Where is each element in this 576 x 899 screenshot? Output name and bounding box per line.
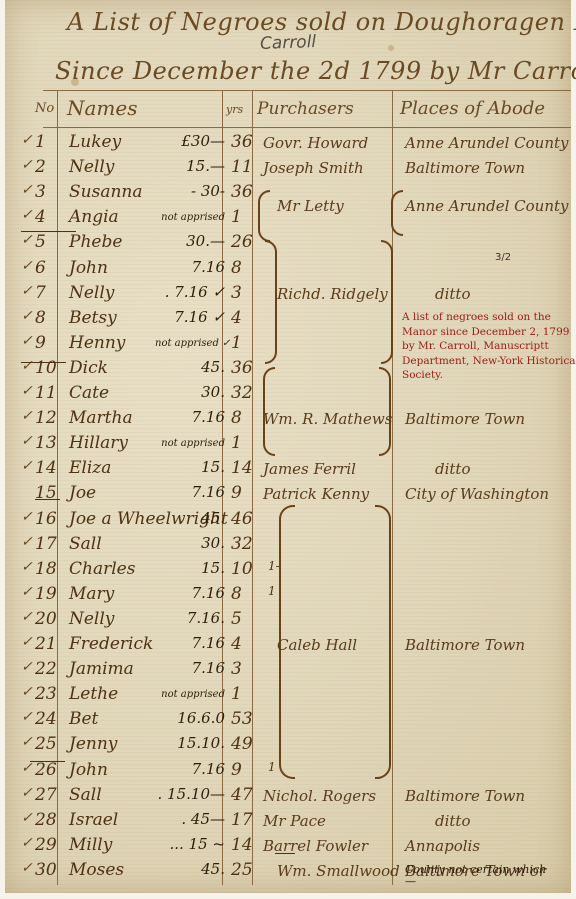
margin-mark: 1 xyxy=(268,760,276,774)
place-of-abode: Annapolis xyxy=(405,837,480,855)
ink-stain xyxy=(388,45,394,51)
table-row: ✓13Hillarynot apprised1 xyxy=(5,433,571,458)
price: 7.16 xyxy=(155,483,225,501)
age-years: 14 xyxy=(231,835,253,855)
title-line-1: A List of Negroes sold on Doughoragen Ma… xyxy=(67,8,576,36)
row-number: 18 xyxy=(35,559,57,579)
person-name: Milly xyxy=(69,835,112,855)
age-years: 3 xyxy=(231,659,242,679)
price: 16.6.0 xyxy=(155,709,225,727)
row-number: 5 xyxy=(35,232,46,252)
age-years: 26 xyxy=(231,232,253,252)
age-years: 1 xyxy=(231,333,242,353)
check-mark-icon: ✓ xyxy=(21,734,33,750)
price: 30.— xyxy=(155,232,225,250)
age-years: 10 xyxy=(231,559,253,579)
check-mark-icon: ✓ xyxy=(21,232,33,248)
header-top-rule xyxy=(43,90,571,91)
price: 45. xyxy=(155,358,225,376)
place-of-abode: Baltimore Town xyxy=(405,159,525,177)
person-name: Martha xyxy=(69,408,133,428)
check-mark-icon: ✓ xyxy=(21,207,33,223)
header-no: No xyxy=(35,101,54,116)
row-number: 20 xyxy=(35,609,57,629)
price: 7.16 xyxy=(155,760,225,778)
place-of-abode: Baltimore Town xyxy=(405,787,525,805)
check-mark-icon: ✓ xyxy=(21,584,33,600)
age-years: 8 xyxy=(231,258,242,278)
age-years: 4 xyxy=(231,634,242,654)
check-mark-icon: ✓ xyxy=(21,709,33,725)
age-years: 25 xyxy=(231,860,253,880)
check-mark-icon: ✓ xyxy=(21,182,33,198)
check-mark-icon: ✓ xyxy=(21,258,33,274)
age-years: 36 xyxy=(231,182,253,202)
check-mark-icon: ✓ xyxy=(21,534,33,550)
check-mark-icon: ✓ xyxy=(21,860,33,876)
age-years: 47 xyxy=(231,785,253,805)
place-of-abode: Baltimore Town xyxy=(405,636,525,654)
person-name: Sall xyxy=(69,785,102,805)
age-years: 32 xyxy=(231,534,253,554)
price: ... 15 ~ xyxy=(155,835,225,853)
purchaser-name: Caleb Hall xyxy=(277,636,357,654)
row-number: 4 xyxy=(35,207,46,227)
age-years: 8 xyxy=(231,584,242,604)
row-number: 30 xyxy=(35,860,57,880)
table-row: ✓5Phebe30.—26 xyxy=(5,232,571,257)
price: 30. xyxy=(155,383,225,401)
person-name: Phebe xyxy=(69,232,122,252)
check-mark-icon: ✓ xyxy=(21,634,33,650)
archive-caption: A list of negroes sold on the Manor sinc… xyxy=(402,310,576,383)
table-row: ✓11Cate30.32 xyxy=(5,383,571,408)
purchaser-name: Nichol. Rogers xyxy=(263,787,376,805)
price: 30. xyxy=(155,534,225,552)
age-years: 5 xyxy=(231,609,242,629)
check-mark-icon: ✓ xyxy=(21,157,33,173)
check-mark-icon: ✓ xyxy=(21,509,33,525)
check-mark-icon: ✓ xyxy=(21,358,33,374)
purchaser-name: Barrel Fowler xyxy=(263,837,368,855)
price: 15.10. xyxy=(155,734,225,752)
age-years: 1 xyxy=(231,684,242,704)
row-number: 23 xyxy=(35,684,57,704)
person-name: Nelly xyxy=(69,157,114,177)
price: not apprised xyxy=(155,212,225,223)
check-mark-icon: ✓ xyxy=(21,308,33,324)
person-name: Frederick xyxy=(69,634,153,654)
age-years: 9 xyxy=(231,483,242,503)
place-of-abode: Anne Arundel County xyxy=(405,197,569,215)
purchaser-name: Wm. R. Mathews xyxy=(263,410,392,428)
place-of-abode: ditto xyxy=(435,285,471,303)
header-places: Places of Abode xyxy=(400,98,545,119)
person-name: Angia xyxy=(69,207,119,227)
age-years: 1 xyxy=(231,433,242,453)
group-divider xyxy=(21,362,66,363)
price: 7.16 xyxy=(155,408,225,426)
price: 7.16 xyxy=(155,659,225,677)
price: £30— xyxy=(155,132,225,150)
person-name: Moses xyxy=(69,860,124,880)
age-years: 36 xyxy=(231,358,253,378)
row-number: 27 xyxy=(35,785,57,805)
header-years: yrs xyxy=(226,103,243,116)
table-row: ✓6John7.168 xyxy=(5,258,571,283)
row-number: 8 xyxy=(35,308,46,328)
purchaser-name: Govr. Howard xyxy=(263,134,368,152)
price: not apprised xyxy=(155,689,225,700)
check-mark-icon: ✓ xyxy=(21,383,33,399)
price: . 15.10— xyxy=(155,785,225,803)
age-years: 9 xyxy=(231,760,242,780)
place-of-abode: ditto xyxy=(435,812,471,830)
row-number: 10 xyxy=(35,358,57,378)
place-of-abode: Baltimore Town xyxy=(405,410,525,428)
row-number: 7 xyxy=(35,283,46,303)
price: 15. xyxy=(155,559,225,577)
person-name: Susanna xyxy=(69,182,143,202)
group-divider xyxy=(21,231,76,232)
margin-mark: 1- xyxy=(268,559,280,573)
person-name: Nelly xyxy=(69,609,114,629)
row-number: 17 xyxy=(35,534,57,554)
person-name: Jamima xyxy=(69,659,134,679)
price: . 45— xyxy=(155,810,225,828)
purchaser-name: Wm. Smallwood xyxy=(277,862,400,880)
purchaser-name: Joseph Smith xyxy=(263,159,364,177)
manuscript-page: A List of Negroes sold on Doughoragen Ma… xyxy=(5,0,571,893)
check-mark-icon: ✓ xyxy=(21,810,33,826)
person-name: Hillary xyxy=(69,433,128,453)
place-of-abode: City of Washington xyxy=(405,485,549,503)
person-name: Cate xyxy=(69,383,109,403)
check-mark-icon: ✓ xyxy=(21,785,33,801)
age-years: 49 xyxy=(231,734,253,754)
person-name: Eliza xyxy=(69,458,111,478)
age-years: 4 xyxy=(231,308,242,328)
group-divider xyxy=(35,499,60,500)
person-name: Bet xyxy=(69,709,98,729)
row-number: 15 xyxy=(35,483,57,503)
row-number: 13 xyxy=(35,433,57,453)
purchaser-name: James Ferril xyxy=(263,460,356,478)
place-of-abode: ditto xyxy=(435,460,471,478)
row-number: 11 xyxy=(35,383,57,403)
age-years: 46 xyxy=(231,509,253,529)
check-mark-icon: ✓ xyxy=(21,132,33,148)
price: . 7.16 ✓ xyxy=(155,283,225,301)
check-mark-icon: ✓ xyxy=(21,659,33,675)
price: 7.16 xyxy=(155,584,225,602)
row-number: 1 xyxy=(35,132,46,152)
brace-right xyxy=(375,505,391,779)
person-name: John xyxy=(69,760,108,780)
purchaser-name: Mr Letty xyxy=(277,197,344,215)
row-number: 6 xyxy=(35,258,46,278)
price: 7.16 xyxy=(155,634,225,652)
person-name: Charles xyxy=(69,559,135,579)
person-name: Henny xyxy=(69,333,125,353)
person-name: Joe xyxy=(69,483,96,503)
brace-right xyxy=(265,240,277,364)
row-number: 21 xyxy=(35,634,57,654)
person-name: Mary xyxy=(69,584,114,604)
person-name: Lethe xyxy=(69,684,118,704)
person-name: Israel xyxy=(69,810,118,830)
row-number: 24 xyxy=(35,709,57,729)
check-mark-icon: ✓ xyxy=(21,458,33,474)
row-number: 22 xyxy=(35,659,57,679)
header-purchasers: Purchasers xyxy=(257,99,354,119)
age-years: 53 xyxy=(231,709,253,729)
row-number: 12 xyxy=(35,408,57,428)
purchaser-name: Mr Pace xyxy=(263,812,326,830)
person-name: Dick xyxy=(69,358,108,378)
age-years: 8 xyxy=(231,408,242,428)
check-mark-icon: ✓ xyxy=(21,609,33,625)
price: 45. xyxy=(155,509,225,527)
price: not apprised xyxy=(155,438,225,449)
row-number: 9 xyxy=(35,333,46,353)
row-number: 16 xyxy=(35,509,57,529)
check-mark-icon: ✓ xyxy=(21,835,33,851)
price: 15.— xyxy=(155,157,225,175)
price: not apprised ✓ xyxy=(155,338,225,349)
row-number: 14 xyxy=(35,458,57,478)
place-of-abode: Anne Arundel County xyxy=(405,134,569,152)
header-names: Names xyxy=(67,96,138,120)
age-years: 1 xyxy=(231,207,242,227)
check-mark-icon: ✓ xyxy=(21,333,33,349)
row-number: 3 xyxy=(35,182,46,202)
row-number: 26 xyxy=(35,760,57,780)
price: 7.16. xyxy=(155,609,225,627)
pencil-annotation: Carroll xyxy=(260,32,317,54)
check-mark-icon: ✓ xyxy=(21,408,33,424)
age-years: 32 xyxy=(231,383,253,403)
person-name: Nelly xyxy=(69,283,114,303)
price: 15. xyxy=(155,458,225,476)
price: 7.16 ✓ xyxy=(155,308,225,326)
check-mark-icon: ✓ xyxy=(21,684,33,700)
group-divider xyxy=(30,761,65,762)
row-number: 28 xyxy=(35,810,57,830)
margin-mark: 1 xyxy=(268,584,276,598)
row-number: 29 xyxy=(35,835,57,855)
brace-left xyxy=(258,190,270,242)
person-name: Jenny xyxy=(69,734,117,754)
title-line-2: Since December the 2d 1799 by Mr Carroll xyxy=(55,57,576,85)
header-bottom-rule xyxy=(43,127,571,128)
age-years: 17 xyxy=(231,810,253,830)
purchaser-name: Patrick Kenny xyxy=(263,485,369,503)
price: 7.16 xyxy=(155,258,225,276)
age-years: 11 xyxy=(231,157,253,177)
brace-left xyxy=(391,190,403,236)
person-name: Lukey xyxy=(69,132,121,152)
age-years: 3 xyxy=(231,283,242,303)
check-mark-icon: ✓ xyxy=(21,433,33,449)
person-name: Sall xyxy=(69,534,102,554)
row-number: 25 xyxy=(35,734,57,754)
price: - 30- xyxy=(155,182,225,200)
check-mark-icon: ✓ xyxy=(21,283,33,299)
age-years: 36 xyxy=(231,132,253,152)
person-name: Betsy xyxy=(69,308,117,328)
folio-mark: 3/2 xyxy=(495,252,511,263)
row-number: 19 xyxy=(35,584,57,604)
place-note: County not certain which — xyxy=(405,864,555,888)
person-name: John xyxy=(69,258,108,278)
purchaser-name: Richd. Ridgely xyxy=(277,285,388,303)
price: 45. xyxy=(155,860,225,878)
check-mark-icon: ✓ xyxy=(21,559,33,575)
row-number: 2 xyxy=(35,157,46,177)
age-years: 14 xyxy=(231,458,253,478)
